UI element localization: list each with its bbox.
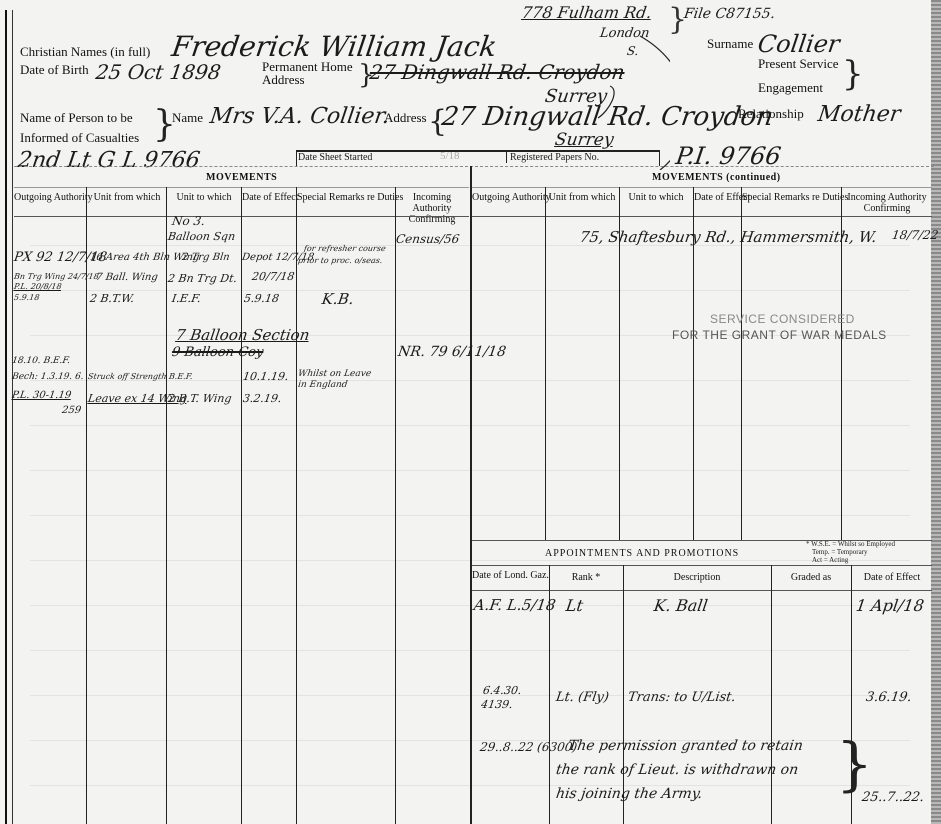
perm-home-label: Permanent Home Address <box>262 60 353 86</box>
unit-from-entry: 7 Ball. Wing <box>95 272 158 283</box>
col-rank: Rank * <box>550 572 622 583</box>
address-label: Address <box>384 110 427 126</box>
col-unit-to: Unit to which <box>168 192 240 203</box>
pen-stroke-arc <box>470 30 670 170</box>
movements-title: MOVEMENTS <box>206 172 277 183</box>
col-description: Description <box>624 572 770 583</box>
relationship-value: Mother <box>816 102 902 127</box>
appointments-title: APPOINTMENTS AND PROMOTIONS <box>545 548 739 559</box>
date-effect-entry: 20/7/18 <box>251 270 295 283</box>
unit-from-entry: Struck off Strength B.E.F. <box>87 372 193 381</box>
name-value: Mrs V.A. Collier. <box>208 104 391 129</box>
col-outgoing-authority: Outgoing Authority <box>14 192 86 203</box>
unit-to-entry: 2 B.T. Wing <box>167 392 232 405</box>
brace: } <box>842 54 864 94</box>
name-label: Name <box>172 110 203 126</box>
col-gazette-date: Date of Lond. Gaz. <box>472 570 548 581</box>
rank-note: 2nd Lt G L 9766 <box>16 148 201 173</box>
col-graded-as: Graded as <box>772 572 850 583</box>
date-effect-entry: 3.2.19. <box>242 392 282 405</box>
stamp-war-medals: FOR THE GRANT OF WAR MEDALS <box>672 328 887 342</box>
surname-label: Surname <box>707 36 753 52</box>
divider <box>472 187 932 188</box>
col-unit-from: Unit from which <box>88 192 166 203</box>
unit-to-entry: 2 Trg Bln <box>181 252 230 263</box>
col-incoming-authority: Incoming Authority Confirming <box>396 192 468 225</box>
reg-papers-label: Registered Papers No. <box>506 152 599 163</box>
col-incoming-authority: Incoming Authority Confirming <box>842 192 932 214</box>
file-reference: File C87155. <box>683 6 776 22</box>
left-margin-line-2 <box>12 10 13 824</box>
dob-label: Date of Birth <box>20 62 89 78</box>
outgoing-entry: Bn Trg Wing 24/7/18 <box>13 272 99 281</box>
remarks-entry: prior to proc. o/seas. <box>297 256 383 265</box>
col-date-effect: Date of Effect <box>852 572 932 583</box>
col-outgoing-authority: Outgoing Authority <box>472 192 544 203</box>
divider <box>472 565 932 566</box>
unit-to-entry: I.E.F. <box>171 292 202 305</box>
surname-value: Collier <box>756 30 841 58</box>
perm-home-new-line1: 778 Fulham Rd. <box>521 3 653 22</box>
abbreviation-legend: * W.S.E. = Whilst so Employed Temp. = Te… <box>806 540 895 564</box>
unit-to-entry-struck: 9 Balloon Coy <box>171 345 264 360</box>
christian-names-label: Christian Names (in full) <box>20 44 150 60</box>
right-page-edge <box>931 0 941 824</box>
outgoing-entry: 259 <box>61 405 82 416</box>
relationship-label: Relationship <box>738 106 804 122</box>
dob-value: 25 Oct 1898 <box>94 60 222 84</box>
unit-to-entry: 2 Bn Trg Dt. <box>167 272 238 285</box>
continued-entry-date: 18/7/22 <box>891 228 939 242</box>
col-date-effect: Date of Effect <box>694 192 740 203</box>
brace: } <box>836 730 873 798</box>
divider <box>14 166 934 168</box>
incoming-entry: NR. 79 6/11/18 <box>397 344 507 360</box>
col-unit-from: Unit from which <box>546 192 618 203</box>
date-sheet-value: 5/18 <box>440 150 460 162</box>
remarks-entry: Whilst on Leave <box>297 369 371 379</box>
unit-from-entry: 2 B.T.W. <box>89 292 135 305</box>
center-divider <box>470 166 472 824</box>
unit-to-entry: No 3. <box>171 214 206 228</box>
left-margin-line <box>5 10 7 824</box>
unit-to-entry: Balloon Sqn <box>167 230 236 243</box>
header-underline <box>472 590 932 591</box>
remarks-entry: for refresher course <box>303 244 386 253</box>
col-unit-to: Unit to which <box>620 192 692 203</box>
col-line <box>395 187 396 824</box>
stamp-service-considered: SERVICE CONSIDERED <box>710 312 855 326</box>
col-date-effect: Date of Effect <box>242 192 294 203</box>
date-effect-entry: 10.1.19. <box>242 370 289 383</box>
remarks-entry: K.B. <box>321 290 355 308</box>
outgoing-entry: 5.9.18 <box>13 293 40 302</box>
outgoing-entry: 18.10. B.E.F. <box>11 356 71 366</box>
incoming-entry: Census/56 <box>395 232 460 246</box>
casualty-label: Name of Person to be Informed of Casualt… <box>20 108 139 148</box>
header-underline <box>472 216 932 217</box>
present-service-label: Present Service <box>758 56 839 72</box>
col-special-remarks: Special Remarks re Duties <box>742 192 840 203</box>
engagement-label: Engagement <box>758 80 823 96</box>
outgoing-entry: P.L. 30-1.19 <box>11 390 72 401</box>
outgoing-entry: P.L. 20/8/18 <box>13 282 62 291</box>
unit-to-entry: 7 Balloon Section <box>175 326 311 344</box>
remarks-entry: in England <box>297 380 348 390</box>
outgoing-entry: Bech: 1.3.19. 6. <box>11 372 84 382</box>
col-special-remarks: Special Remarks re Duties <box>297 192 393 203</box>
movements-continued-title: MOVEMENTS (continued) <box>652 172 781 183</box>
continued-entry-address: 75, Shaftesbury Rd., Hammersmith, W. <box>579 228 878 246</box>
col-line <box>241 187 242 824</box>
col-line <box>86 187 87 824</box>
col-line <box>296 187 297 824</box>
date-sheet-label: Date Sheet Started <box>298 152 372 163</box>
col-line <box>545 187 546 540</box>
date-effect-entry: 5.9.18 <box>243 292 280 305</box>
col-line <box>771 565 772 824</box>
